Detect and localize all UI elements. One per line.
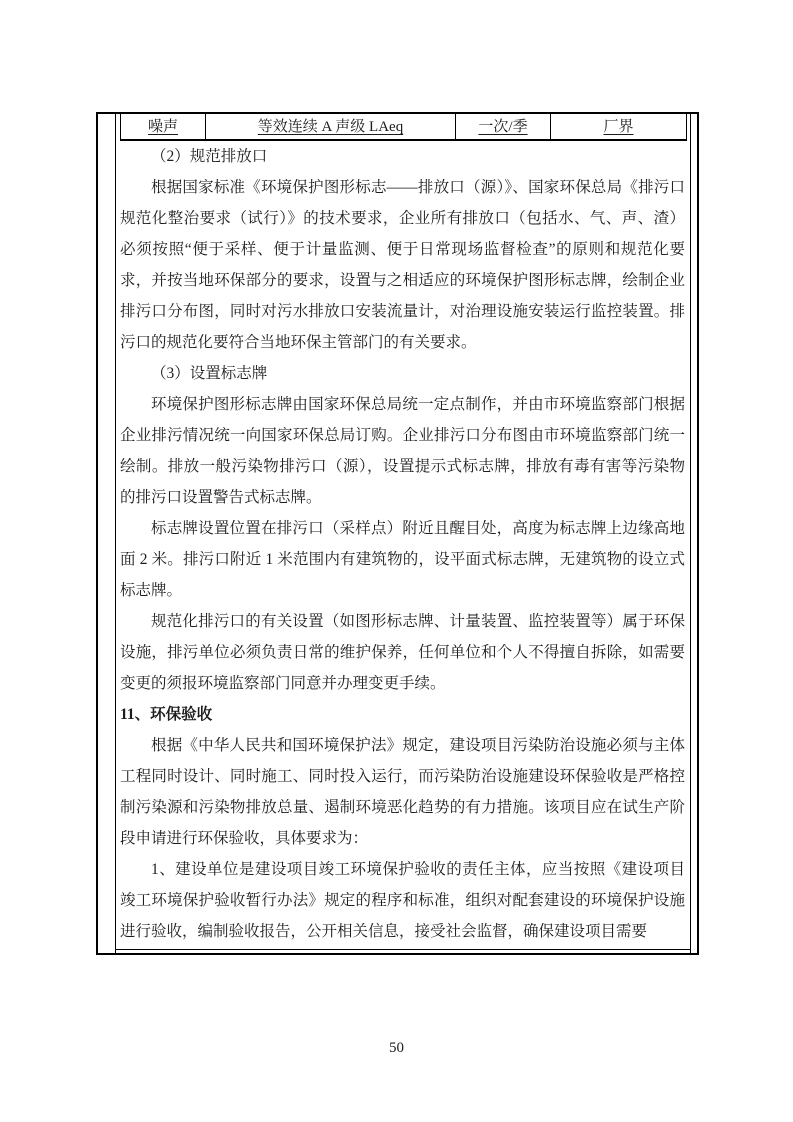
body-paragraph: 根据国家标准《环境保护图形标志——排放口（源）》、国家环保总局《排污口规范化整治… xyxy=(120,172,685,358)
document-page: { "monitoring_table": { "row": { "item":… xyxy=(0,0,793,1122)
monitoring-indicator-label: 等效连续 A 声级 LAeq xyxy=(258,115,403,136)
sub-section-heading: （3）设置标志牌 xyxy=(120,358,685,389)
section-heading: 11、环保验收 xyxy=(120,699,685,730)
sub-section-heading: （2）规范排放口 xyxy=(120,141,685,172)
monitoring-item-cell: 噪声 xyxy=(121,112,206,139)
body-paragraph: 规范化排污口的有关设置（如图形标志牌、计量装置、监控装置等）属于环保设施，排污单… xyxy=(120,606,685,699)
monitoring-table-row: 噪声 等效连续 A 声级 LAeq 一次/季 厂界 xyxy=(120,112,687,141)
body-paragraph: 根据《中华人民共和国环境保护法》规定，建设项目污染防治设施必须与主体工程同时设计… xyxy=(120,730,685,854)
form-left-gutter-divider xyxy=(115,112,116,955)
form-inner-bottom-border xyxy=(115,949,690,950)
body-paragraph: 1、建设单位是建设项目竣工环境保护验收的责任主体，应当按照《建设项目竣工环境保护… xyxy=(120,854,685,947)
monitoring-location-label: 厂界 xyxy=(603,115,633,136)
monitoring-item-label: 噪声 xyxy=(148,115,178,136)
monitoring-frequency-cell: 一次/季 xyxy=(456,112,551,139)
body-paragraph: 标志牌设置位置在排污口（采样点）附近且醒目处，高度为标志牌上边缘高地面 2 米。… xyxy=(120,513,685,606)
monitoring-indicator-cell: 等效连续 A 声级 LAeq xyxy=(206,112,456,139)
content-area: （2）规范排放口根据国家标准《环境保护图形标志——排放口（源）》、国家环保总局《… xyxy=(120,141,685,947)
monitoring-location-cell: 厂界 xyxy=(551,112,686,139)
monitoring-frequency-label: 一次/季 xyxy=(478,115,527,136)
form-inner-right-border xyxy=(690,112,691,955)
body-paragraph: 环境保护图形标志牌由国家环保总局统一定点制作，并由市环境监察部门根据企业排污情况… xyxy=(120,389,685,513)
page-number: 50 xyxy=(0,1040,793,1057)
